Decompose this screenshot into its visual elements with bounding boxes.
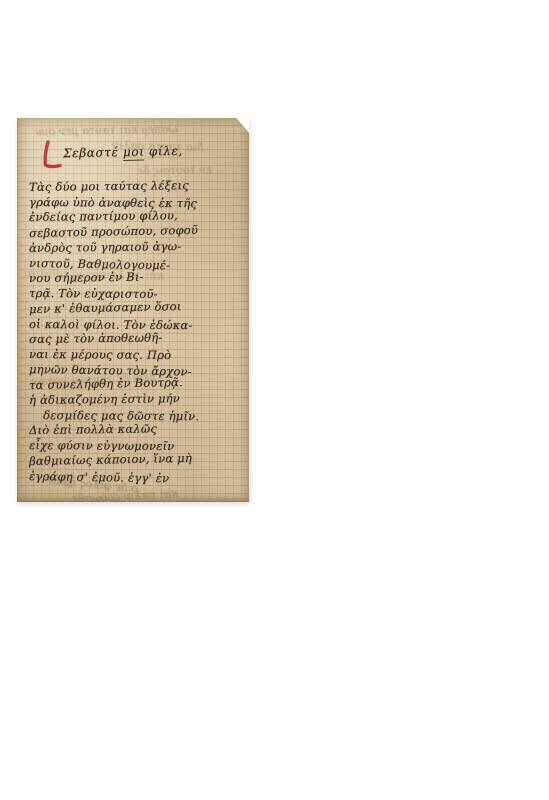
handwritten-line: Τὰς δύο μοι ταύτας λέξεις — [29, 177, 243, 195]
letter-body: Τὰς δύο μοι ταύτας λέξειςγράφω ὑπὸ ἀναφθ… — [29, 180, 243, 484]
salutation: Σεβαστέ μοι φίλε, — [63, 144, 183, 161]
handwritten-line: ναι ἐκ μέρους σας. Πρὸ — [29, 347, 243, 364]
handwritten-line: νου σήμερον ἐν Βι- — [29, 269, 243, 287]
bleed-through-text: ωσπερ και ταυτα μεν ουν — [35, 123, 178, 138]
red-crayon-mark — [41, 140, 63, 172]
folded-corner — [235, 118, 249, 133]
handwritten-line: ἡ ἀδικαζομένη ἐστὶν μήν — [29, 390, 243, 408]
handwritten-line: ἀνδρὸς τοῦ γηραιοῦ ἀγω- — [29, 238, 243, 256]
handwritten-line: μεν κ' ἐθαυμάσαμεν ὅσοι — [29, 298, 243, 317]
handwritten-line: βαθμιαίως κάποιον, ἵνα μὴ — [29, 450, 243, 469]
handwritten-line: ἐγράφη σ' ἐμοῦ. ἐγγ' ἐν — [29, 469, 243, 488]
salutation-word: φίλε, — [149, 144, 183, 159]
salutation-underlined-word: μοι — [123, 145, 145, 161]
handwritten-line: σας μὲ τὸν ἀποθεωθῆ- — [29, 329, 243, 347]
handwritten-line: Διὸ ἐπὶ πολλὰ καλῶς — [29, 421, 243, 439]
scan-canvas: { "page": { "background_color": "#ffffff… — [0, 0, 549, 800]
letter-page: ωσπερ και ταυτα μεν ουν δια ταυτα παλιν … — [17, 118, 249, 502]
bleed-through-text: εν τουτοις δε — [137, 163, 212, 177]
salutation-word: Σεβαστέ — [63, 145, 119, 160]
